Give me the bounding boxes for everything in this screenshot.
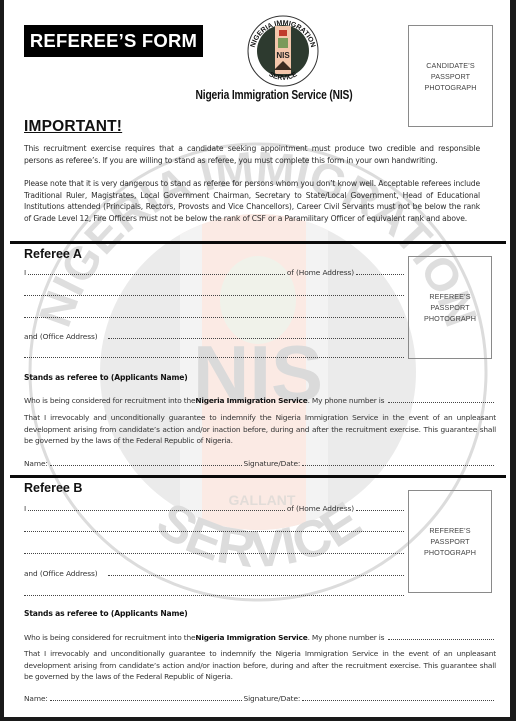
important-paragraph-2: Please note that it is very dangerous to… — [24, 178, 480, 224]
consideration-suffix: . My phone number is — [308, 396, 385, 405]
referee-form-page: NIS GALLANT NIGERIA IMMIGRATION SERVICE … — [4, 0, 510, 717]
referee-a-office-address-field-1[interactable] — [108, 331, 405, 339]
referee-a-office-address-row: and (Office Address) — [24, 331, 406, 341]
office-address-label: and (Office Address) — [24, 332, 98, 341]
referee-b-home-address-row-2 — [24, 524, 406, 534]
home-address-label: of (Home Address) — [287, 504, 354, 513]
signature-date-label: Signature/Date: — [244, 459, 301, 468]
referee-b-office-address-field-2[interactable] — [24, 588, 404, 596]
referee-a-name-field[interactable] — [28, 267, 285, 275]
referee-a-home-address-row-2 — [24, 288, 406, 298]
referee-a-home-address-field-2[interactable] — [24, 288, 404, 296]
consideration-prefix: Who is being considered for recruitment … — [24, 633, 195, 642]
referee-a-consideration-line: Who is being considered for recruitment … — [24, 395, 496, 405]
office-address-label: and (Office Address) — [24, 569, 98, 578]
referee-b-consideration-line: Who is being considered for recruitment … — [24, 632, 496, 642]
consideration-prefix: Who is being considered for recruitment … — [24, 396, 195, 405]
referee-a-office-address-row-2 — [24, 350, 406, 360]
referee-b-guarantee-text: That I irrevocably and unconditionally g… — [24, 648, 496, 683]
agency-name: Nigeria Immigration Service (NIS) — [192, 88, 356, 102]
referee-b-photo-label: REFEREE’S PASSPORT PHOTOGRAPH — [424, 525, 476, 558]
referee-b-office-address-row: and (Office Address) — [24, 568, 406, 578]
important-heading: IMPORTANT! — [24, 118, 122, 136]
section-divider-b — [10, 475, 506, 478]
section-divider-a — [10, 241, 506, 244]
referee-a-photo-label: REFEREE’S PASSPORT PHOTOGRAPH — [424, 291, 476, 324]
nis-logo: NIS NIGERIA IMMIGRATION SERVICE — [246, 14, 320, 88]
referee-a-signature-date-field[interactable] — [302, 458, 494, 466]
referee-b-name-field[interactable] — [28, 503, 285, 511]
referee-a-signatory-name-field[interactable] — [50, 458, 242, 466]
referee-b-signatory-name-field[interactable] — [50, 693, 242, 701]
referee-b-office-address-row-2 — [24, 588, 406, 598]
referee-a-office-address-field-2[interactable] — [24, 350, 404, 358]
referee-a-home-address-field-3[interactable] — [24, 310, 404, 318]
name-label: Name: — [24, 694, 48, 703]
referee-b-sign-row: Name: Signature/Date: — [24, 693, 496, 703]
referee-a-home-address-row-3 — [24, 310, 406, 320]
referee-b-phone-field[interactable] — [388, 632, 494, 640]
referee-b-stands-as-label: Stands as referee to (Applicants Name) — [24, 609, 188, 618]
consideration-org: Nigeria Immigration Service — [195, 633, 307, 642]
name-label: Name: — [24, 459, 48, 468]
referee-b-home-address-row-3 — [24, 546, 406, 556]
referee-b-passport-photo-box[interactable]: REFEREE’S PASSPORT PHOTOGRAPH — [408, 490, 492, 593]
referee-b-home-address-field-2[interactable] — [24, 524, 404, 532]
referee-b-heading: Referee B — [24, 481, 82, 495]
candidate-photo-label: CANDIDATE’S PASSPORT PHOTOGRAPH — [425, 60, 477, 93]
form-title: REFEREE’S FORM — [24, 25, 203, 57]
candidate-passport-photo-box[interactable]: CANDIDATE’S PASSPORT PHOTOGRAPH — [408, 25, 493, 127]
referee-a-stands-as-label: Stands as referee to (Applicants Name) — [24, 373, 188, 382]
referee-b-home-address-field-3[interactable] — [24, 546, 404, 554]
referee-a-phone-field[interactable] — [388, 395, 494, 403]
referee-b-name-home-row: I of (Home Address) — [24, 503, 406, 513]
referee-a-sign-row: Name: Signature/Date: — [24, 458, 496, 468]
svg-text:NIS: NIS — [276, 51, 290, 60]
referee-a-guarantee-text: That I irrevocably and unconditionally g… — [24, 412, 496, 447]
referee-a-heading: Referee A — [24, 247, 82, 261]
signature-date-label: Signature/Date: — [244, 694, 301, 703]
consideration-suffix: . My phone number is — [308, 633, 385, 642]
referee-a-home-address-field-1[interactable] — [356, 267, 404, 275]
home-address-label: of (Home Address) — [287, 268, 354, 277]
referee-a-name-home-row: I of (Home Address) — [24, 267, 406, 277]
i-label: I — [24, 504, 26, 513]
referee-a-passport-photo-box[interactable]: REFEREE’S PASSPORT PHOTOGRAPH — [408, 256, 492, 359]
i-label: I — [24, 268, 26, 277]
referee-b-home-address-field-1[interactable] — [356, 503, 404, 511]
important-paragraph-1: This recruitment exercise requires that … — [24, 143, 480, 166]
referee-b-signature-date-field[interactable] — [302, 693, 494, 701]
referee-b-office-address-field-1[interactable] — [108, 568, 405, 576]
consideration-org: Nigeria Immigration Service — [195, 396, 307, 405]
